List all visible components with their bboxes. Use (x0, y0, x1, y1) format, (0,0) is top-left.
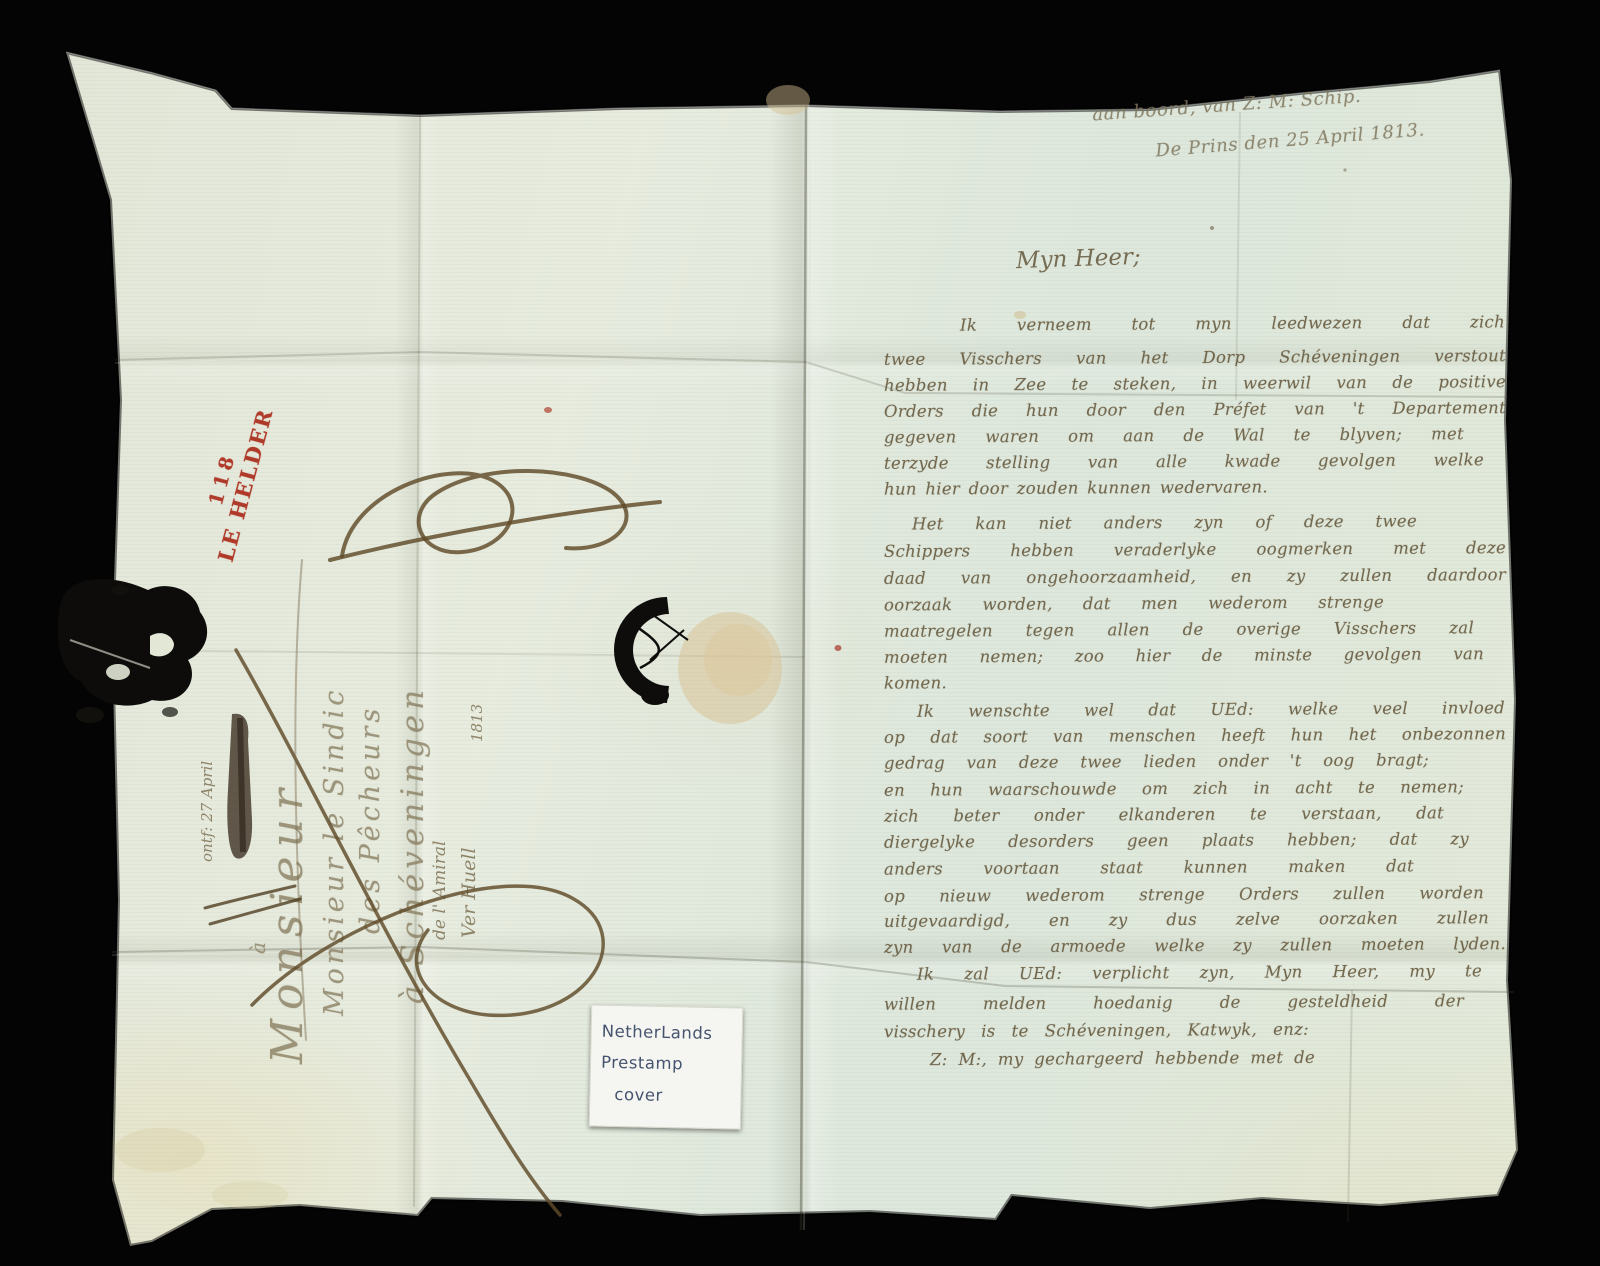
letter-line: en hun waarschouwde om zich in acht te n… (884, 779, 1464, 799)
letter-line: Orders die hun door den Préfet van 't De… (884, 400, 1506, 420)
address-line: des Pêcheurs (355, 432, 386, 934)
docket-annotation: Ver Huell (458, 847, 480, 938)
letter-line: op nieuw wederom strenge Orders zullen w… (884, 885, 1484, 905)
letter-line: Ik zal UEd: verplicht zyn, Myn Heer, my … (917, 963, 1482, 983)
letter-line: Schippers hebben veraderlyke oogmerken m… (884, 540, 1506, 560)
letter-line: uitgevaardigd, en zy dus zelve oorzaken … (884, 910, 1489, 930)
docket-annotation: de l' Amiral (430, 841, 450, 940)
letter-line: Het kan niet anders zyn of deze twee (912, 513, 1417, 533)
collector-label: NetherLands Prestamp cover (589, 1004, 744, 1129)
letter-line: hun hier door zouden kunnen wedervaren. (884, 478, 1424, 498)
photo-of-prestamp-letter: aan boord, van Z: M: Schip. De Prins den… (0, 0, 1600, 1266)
letter-line: moeten nemen; zoo hier de minste gevolge… (884, 646, 1484, 666)
letter-line: twee Visschers van het Dorp Schéveningen… (884, 348, 1506, 368)
year-annotation: 1813 (468, 704, 486, 742)
address-line: à Schéveningen (395, 432, 431, 1004)
letter-line: visschery is te Schéveningen, Katwyk, en… (884, 1022, 1309, 1041)
letter-line: Ik wenschte wel dat UEd: welke veel invl… (917, 700, 1505, 720)
letter-line: gedrag van deze twee lieden onder 't oog… (884, 752, 1429, 772)
letter-line: zyn van de armoede welke zy zullen moete… (884, 936, 1506, 956)
center-fold-shading (770, 100, 842, 1235)
label-line: cover (614, 1079, 733, 1113)
letter-line: terzyde stelling van alle kwade gevolgen… (884, 452, 1484, 472)
letter-line: maatregelen tegen allen de overige Vissc… (884, 620, 1474, 640)
letter-line: daad van ongehoorzaamheid, en zy zullen … (884, 567, 1506, 587)
received-note: ontf: 27 April (198, 761, 216, 862)
letter-line: diergelyke desorders geen plaats hebben;… (884, 831, 1469, 851)
letter-line: Ik verneem tot myn leedwezen dat zich (960, 314, 1505, 334)
label-line: Prestamp (601, 1047, 734, 1081)
letter-line: hebben in Zee te steken, in weerwil van … (884, 374, 1506, 394)
letter-line: gegeven waren om aan de Wal te blyven; m… (884, 426, 1464, 446)
letter-line: Z: M:, my gechargeerd hebbende met de (930, 1050, 1315, 1069)
address-line: Monsieur le Sindic (319, 432, 350, 1016)
letter-line: anders voortaan staat kunnen maken dat (884, 858, 1414, 878)
letter-line: willen melden hoedanig de gesteldheid de… (884, 993, 1464, 1013)
letter-line: zich beter onder elkanderen te verstaan,… (884, 805, 1444, 825)
letter-line: op dat soort van menschen heeft hun het … (884, 726, 1506, 746)
label-line: NetherLands (601, 1016, 734, 1050)
salutation: Myn Heer; (1016, 244, 1142, 274)
letter-line: oorzaak worden, dat men wederom strenge (884, 594, 1384, 614)
address-line: Monsieur (262, 432, 313, 1064)
letter-line: komen. (884, 674, 1084, 692)
address-block: à Monsieur Monsieur le Sindic des Pêcheu… (246, 432, 431, 1072)
